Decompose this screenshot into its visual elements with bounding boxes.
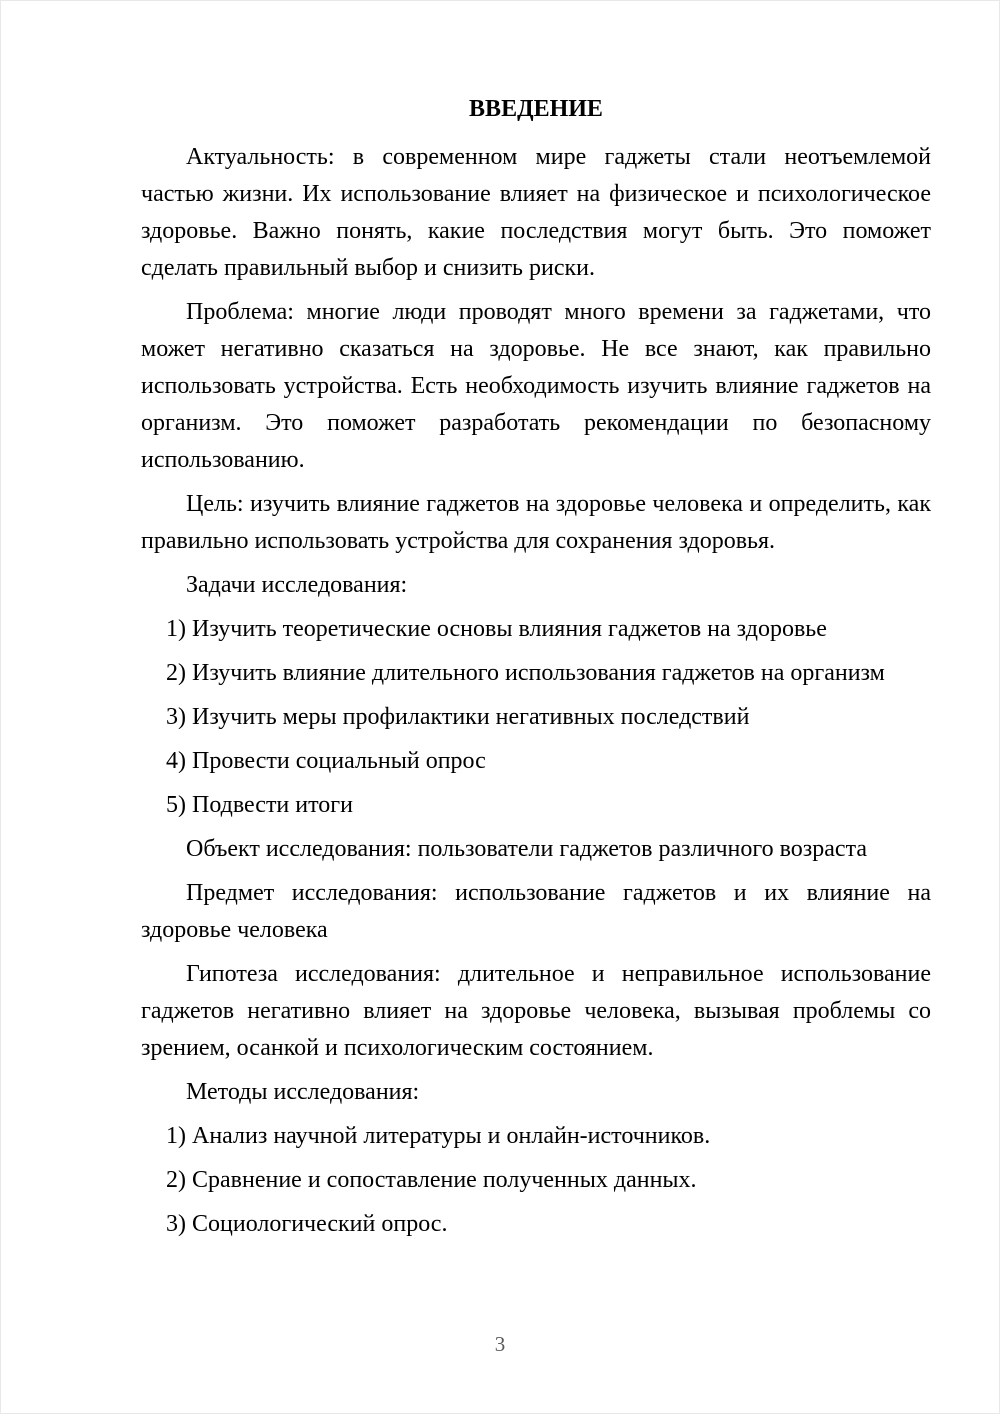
paragraph-relevance: Актуальность: в современном мире гаджеты… [141, 139, 931, 287]
task-list-item-3: 3) Изучить меры профилактики негативных … [141, 699, 931, 736]
task-list-item-4: 4) Провести социальный опрос [141, 743, 931, 780]
paragraph-goal: Цель: изучить влияние гаджетов на здоров… [141, 486, 931, 560]
method-list-item-1: 1) Анализ научной литературы и онлайн-ис… [141, 1118, 931, 1155]
section-label-methods: Методы исследования: [141, 1074, 931, 1111]
document-page: ВВЕДЕНИЕ Актуальность: в современном мир… [0, 0, 1000, 1414]
task-list-item-5: 5) Подвести итоги [141, 787, 931, 824]
task-list-item-2: 2) Изучить влияние длительного использов… [141, 655, 931, 692]
page-number: 3 [1, 1331, 999, 1357]
method-list-item-2: 2) Сравнение и сопоставление полученных … [141, 1162, 931, 1199]
method-list-item-3: 3) Социологический опрос. [141, 1206, 931, 1243]
paragraph-hypothesis: Гипотеза исследования: длительное и непр… [141, 956, 931, 1067]
document-content: ВВЕДЕНИЕ Актуальность: в современном мир… [141, 91, 931, 1250]
paragraph-object: Объект исследования: пользователи гаджет… [141, 831, 931, 868]
document-title: ВВЕДЕНИЕ [141, 91, 931, 128]
paragraph-problem: Проблема: многие люди проводят много вре… [141, 294, 931, 479]
section-label-tasks: Задачи исследования: [141, 567, 931, 604]
paragraph-subject: Предмет исследования: использование гадж… [141, 875, 931, 949]
task-list-item-1: 1) Изучить теоретические основы влияния … [141, 611, 931, 648]
